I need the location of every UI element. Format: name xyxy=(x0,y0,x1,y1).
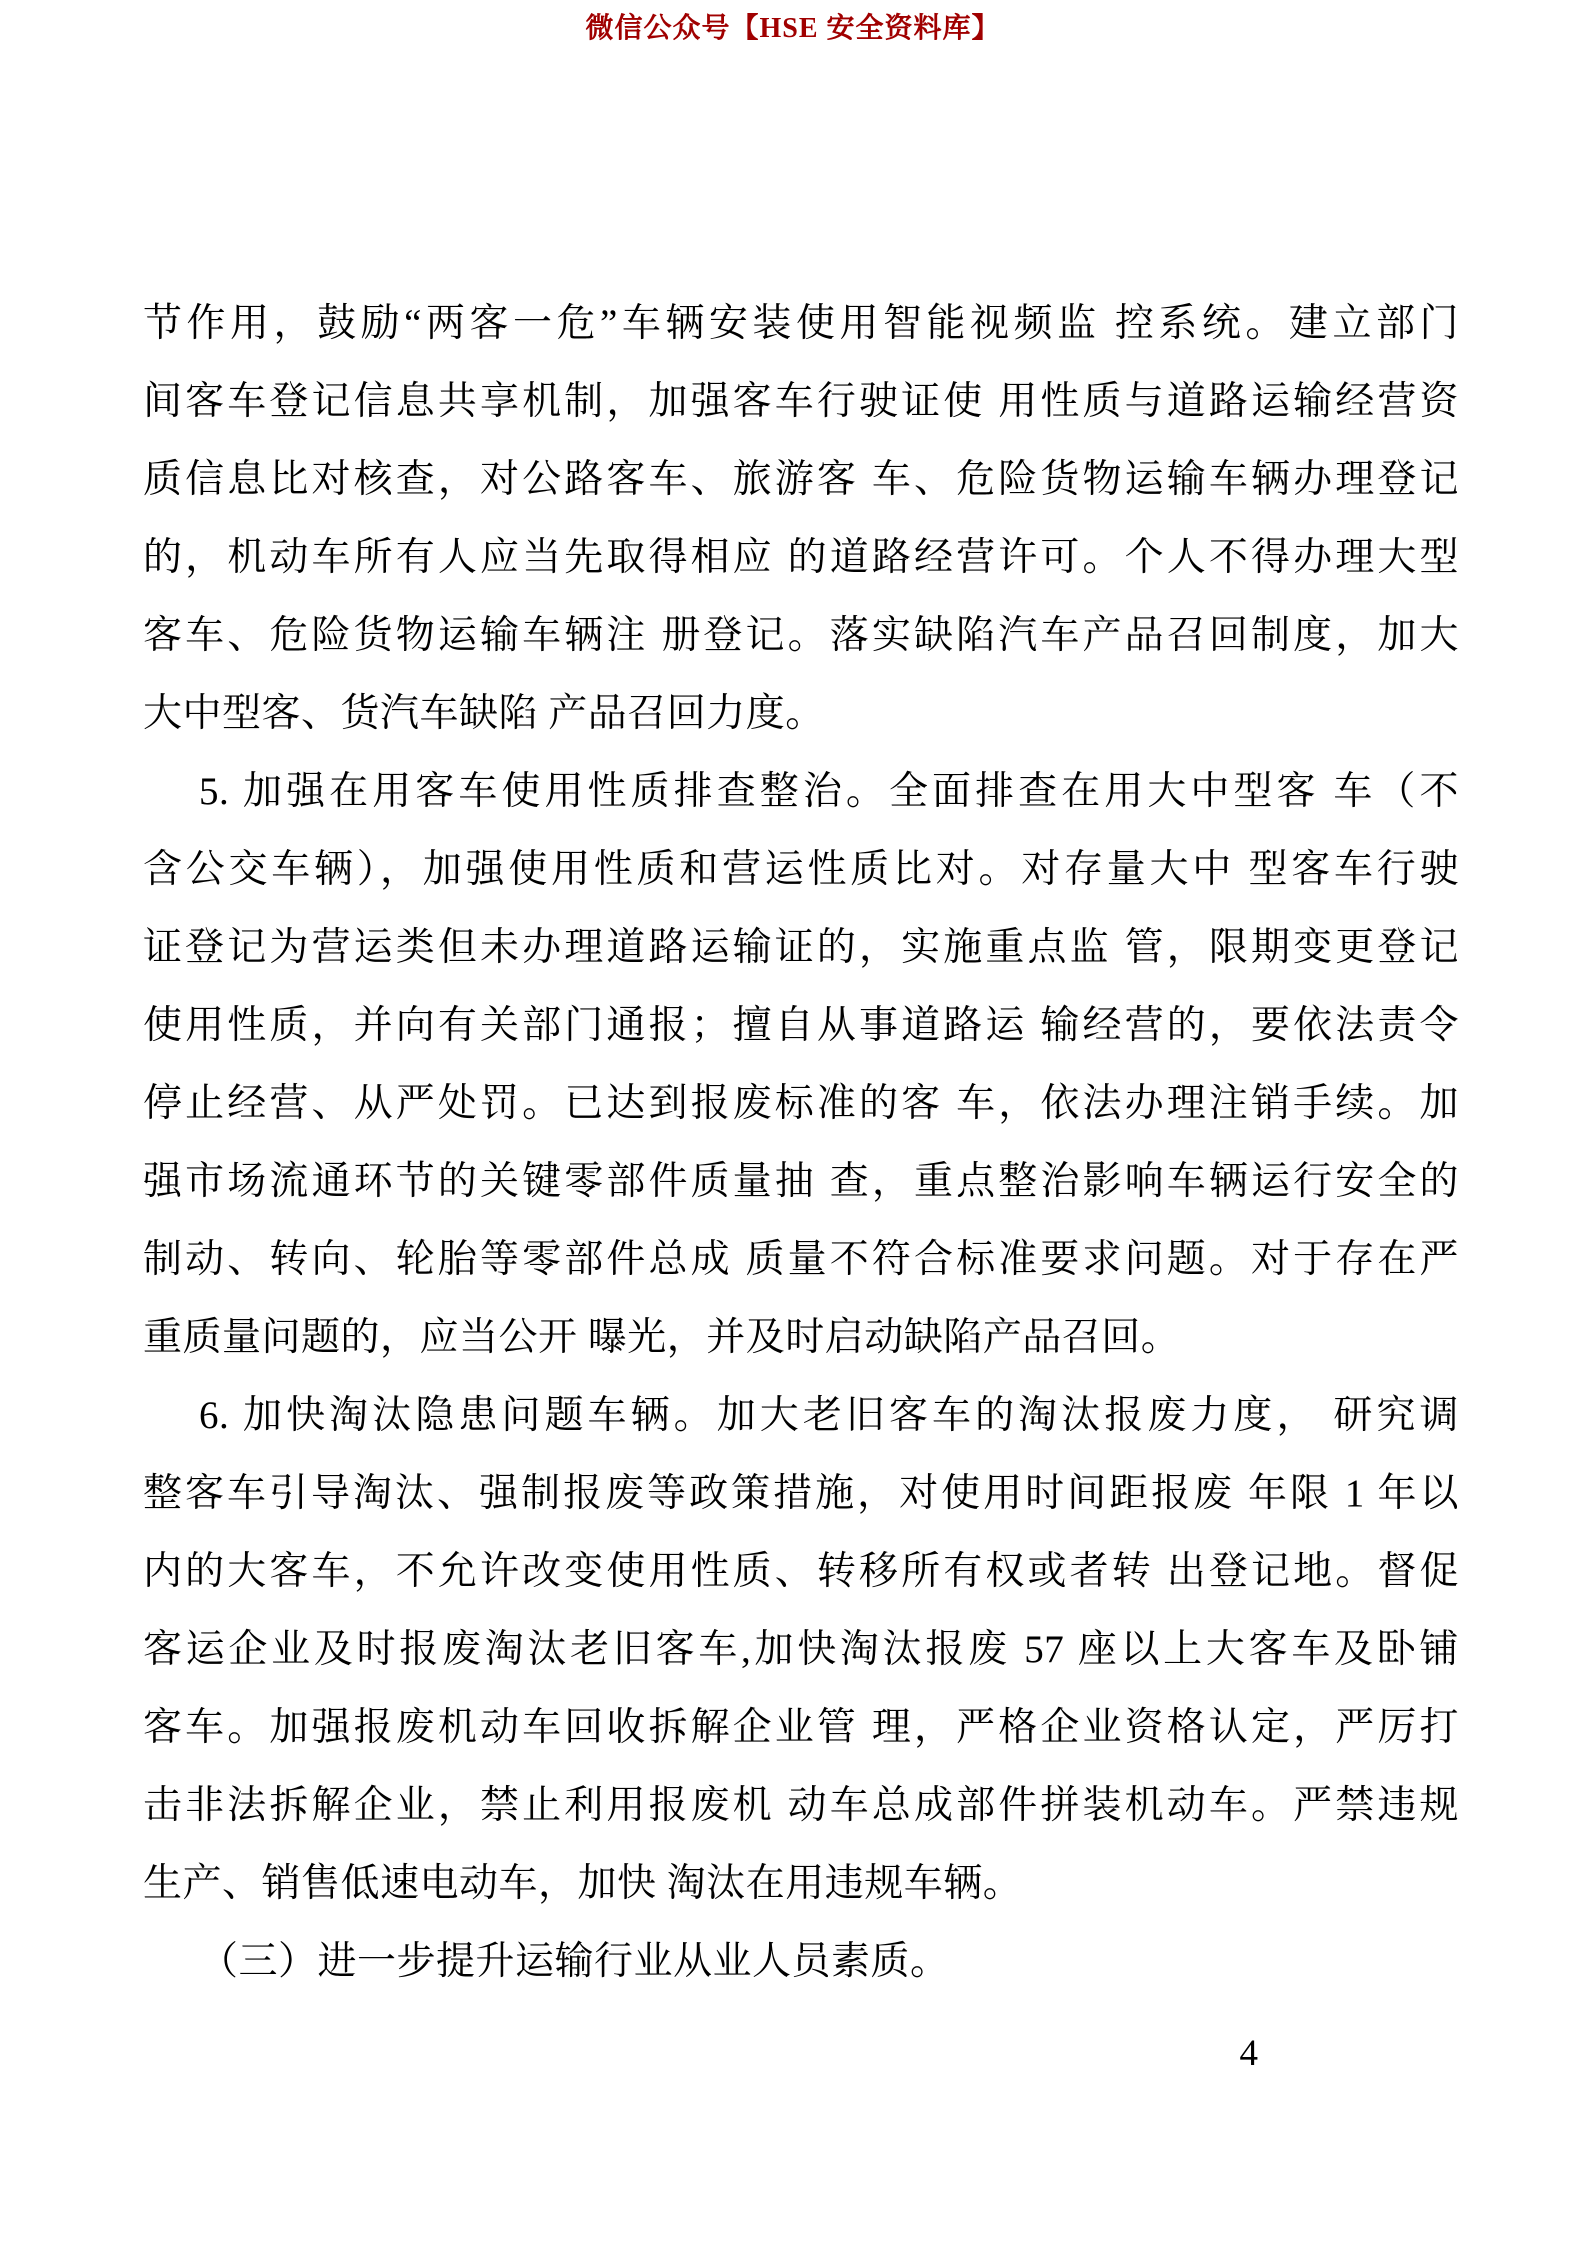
text-line: 停止经营、从严处罚。已达到报废标准的客 车，依法办理注销手续。加 xyxy=(143,1065,1459,1143)
page-number: 4 xyxy=(0,2030,1258,2078)
page-header: 微信公众号【HSE 安全资料库】 xyxy=(0,6,1586,46)
text-line: 节作用，鼓励“两客一危”车辆安装使用智能视频监 控系统。建立部门 xyxy=(143,285,1459,363)
text-line: 间客车登记信息共享机制，加强客车行驶证使 用性质与道路运输经营资 xyxy=(143,363,1459,441)
text-line: 客车。加强报废机动车回收拆解企业管 理，严格企业资格认定，严厉打 xyxy=(143,1689,1459,1767)
text-line: 使用性质，并向有关部门通报；擅自从事道路运 输经营的，要依法责令 xyxy=(143,987,1459,1065)
text-line: 6. 加快淘汰隐患问题车辆。加大老旧客车的淘汰报废力度， 研究调 xyxy=(143,1377,1459,1455)
text-line: 证登记为营运类但未办理道路运输证的，实施重点监 管，限期变更登记 xyxy=(143,909,1459,987)
text-line: 强市场流通环节的关键零部件质量抽 查，重点整治影响车辆运行安全的 xyxy=(143,1143,1459,1221)
text-line: 整客车引导淘汰、强制报废等政策措施，对使用时间距报废 年限 1 年以 xyxy=(143,1455,1459,1533)
text-line: 质信息比对核查，对公路客车、旅游客 车、危险货物运输车辆办理登记 xyxy=(143,441,1459,519)
text-line: 客运企业及时报废淘汰老旧客车,加快淘汰报废 57 座以上大客车及卧铺 xyxy=(143,1611,1459,1689)
text-line: 的，机动车所有人应当先取得相应 的道路经营许可。个人不得办理大型 xyxy=(143,519,1459,597)
text-line: 击非法拆解企业，禁止利用报废机 动车总成部件拼装机动车。严禁违规 xyxy=(143,1767,1459,1845)
text-line: 含公交车辆），加强使用性质和营运性质比对。对存量大中 型客车行驶 xyxy=(143,831,1459,909)
text-line: 制动、转向、轮胎等零部件总成 质量不符合标准要求问题。对于存在严 xyxy=(143,1221,1459,1299)
text-line: 客车、危险货物运输车辆注 册登记。落实缺陷汽车产品召回制度，加大 xyxy=(143,597,1459,675)
document-page: 微信公众号【HSE 安全资料库】 节作用，鼓励“两客一危”车辆安装使用智能视频监… xyxy=(0,0,1586,2245)
text-line: 重质量问题的，应当公开 曝光，并及时启动缺陷产品召回。 xyxy=(143,1299,1459,1377)
text-line: 内的大客车，不允许改变使用性质、转移所有权或者转 出登记地。督促 xyxy=(143,1533,1459,1611)
text-line: 大中型客、货汽车缺陷 产品召回力度。 xyxy=(143,675,1459,753)
text-line: 生产、销售低速电动车，加快 淘汰在用违规车辆。 xyxy=(143,1845,1459,1923)
text-line: 5. 加强在用客车使用性质排查整治。全面排查在用大中型客 车（不 xyxy=(143,753,1459,831)
document-body: 节作用，鼓励“两客一危”车辆安装使用智能视频监 控系统。建立部门间客车登记信息共… xyxy=(143,285,1459,2001)
text-line: （三）进一步提升运输行业从业人员素质。 xyxy=(143,1923,1459,2001)
